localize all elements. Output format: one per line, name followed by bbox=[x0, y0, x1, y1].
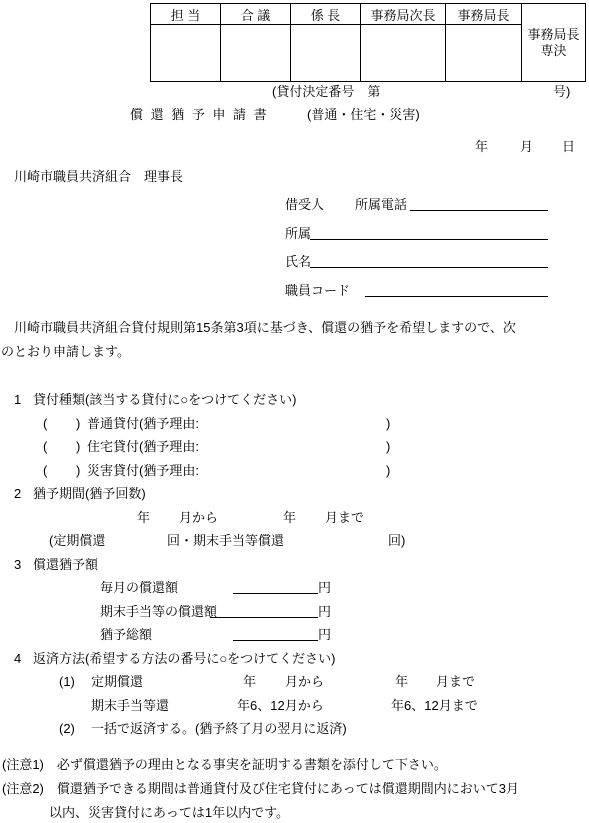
section2-heading-line: 2 猶予期間(猶予回数) bbox=[0, 486, 589, 503]
loan-decision-number-line: (貸付決定番号 第 号) bbox=[0, 84, 589, 101]
amount-fill-line bbox=[233, 627, 318, 641]
note2-text-1: (注意2) 償還猶予できる期間は普通貸付及び住宅貸付にあっては償還期間内において… bbox=[2, 781, 519, 797]
period-month-to-label: 月まで bbox=[325, 510, 364, 526]
amount-unit: 円 bbox=[318, 580, 331, 596]
form-title-sub: (普通・住宅・災害) bbox=[307, 107, 420, 123]
section3-heading-line: 3 償還猶予額 bbox=[0, 557, 589, 574]
amount-label: 毎月の償還額 bbox=[100, 580, 178, 596]
approval-stamp-cell bbox=[361, 25, 446, 82]
option1-number: (1) bbox=[59, 674, 75, 690]
section1-number: 1 bbox=[14, 392, 21, 408]
section4-number: 4 bbox=[14, 651, 21, 667]
note2-text-2: 以内、災害貸付にあっては1年以内です。 bbox=[49, 805, 289, 821]
borrower-label: 借受人 bbox=[285, 197, 324, 213]
senketsu-label-line2: 専決 bbox=[522, 43, 585, 59]
approval-stamp-cell bbox=[446, 25, 522, 82]
approval-header-kakaricho: 係 長 bbox=[291, 4, 361, 25]
option-paren-close: ) bbox=[76, 439, 80, 455]
loan-option-saigai: ( ) 災害貸付(猶予理由: ) bbox=[0, 463, 589, 480]
repayment-option1-row1: (1) 定期償還 年 月から 年 月まで bbox=[0, 674, 589, 691]
statement-text-1: 川崎市職員共済組合貸付規則第15条第3項に基づき、償還の猶予を希望しますので、次 bbox=[1, 320, 516, 336]
option-paren-close: ) bbox=[76, 463, 80, 479]
counts-middle-label: 回・期末手当等償還 bbox=[167, 533, 284, 549]
borrower-phone-line: 借受人 所属電話 bbox=[0, 197, 589, 214]
option1-year-from-label: 年 bbox=[243, 674, 256, 690]
period-year-from-label: 年 bbox=[137, 510, 150, 526]
approval-stamp-table: 担 当 合 議 係 長 事務局次長 事務局長 事務局長 専決 bbox=[150, 3, 586, 82]
repayment-option2-row: (2) 一括で返済する。(猶予終了月の翌月に返済) bbox=[0, 721, 589, 738]
name-fill-line bbox=[310, 254, 548, 268]
approval-header-jimukyoku-jicho: 事務局次長 bbox=[361, 4, 446, 25]
counts-end-label: 回) bbox=[388, 533, 405, 549]
amount-fill-line bbox=[233, 580, 318, 594]
approval-cell-senketsu: 事務局長 専決 bbox=[522, 4, 586, 82]
amount-label: 期末手当等の償還額 bbox=[100, 604, 217, 620]
option1-year-to-label: 年 bbox=[395, 674, 408, 690]
approval-stamp-cell bbox=[221, 25, 291, 82]
approval-header-tantou: 担 当 bbox=[151, 4, 221, 25]
name-line: 氏名 bbox=[0, 254, 589, 271]
option-paren-open: ( bbox=[43, 439, 47, 455]
approval-header-gougi: 合 議 bbox=[221, 4, 291, 25]
department-fill-line bbox=[310, 226, 548, 240]
section4-heading: 返済方法(希望する方法の番号に○をつけてください) bbox=[33, 651, 336, 667]
section1-heading: 貸付種類(該当する貸付に○をつけてください) bbox=[33, 392, 297, 408]
date-line: 年 月 日 bbox=[0, 139, 589, 156]
amount-unit: 円 bbox=[318, 627, 331, 643]
option-label: 災害貸付(猶予理由: bbox=[87, 463, 199, 479]
period-year-to-label: 年 bbox=[283, 510, 296, 526]
deferment-period-line: 年 月から 年 月まで bbox=[0, 510, 589, 527]
department-label: 所属 bbox=[285, 226, 311, 242]
employee-code-fill-line bbox=[365, 283, 548, 297]
note2-line2: 以内、災害貸付にあっては1年以内です。 bbox=[0, 805, 589, 822]
section3-number: 3 bbox=[14, 557, 21, 573]
section4-heading-line: 4 返済方法(希望する方法の番号に○をつけてください) bbox=[0, 651, 589, 668]
period-month-from-label: 月から bbox=[179, 510, 218, 526]
note1-text: (注意1) 必ず償還猶予の理由となる事実を証明する書類を添付して下さい。 bbox=[2, 757, 447, 773]
date-month-label: 月 bbox=[520, 139, 533, 155]
option-paren-end: ) bbox=[386, 439, 390, 455]
senketsu-label-line1: 事務局長 bbox=[522, 27, 585, 43]
phone-fill-line bbox=[410, 197, 548, 211]
statement-text-2: のとおり申請します。 bbox=[1, 344, 130, 360]
note1-line: (注意1) 必ず償還猶予の理由となる事実を証明する書類を添付して下さい。 bbox=[0, 757, 589, 774]
repayment-option1-row2: 期末手当等還 年6、12月から 年6、12月まで bbox=[0, 698, 589, 715]
approval-stamp-cell bbox=[151, 25, 221, 82]
option-paren-end: ) bbox=[386, 463, 390, 479]
employee-code-label: 職員コード bbox=[285, 283, 350, 299]
option-label: 普通貸付(猶予理由: bbox=[87, 416, 199, 432]
loan-decision-number-label: (貸付決定番号 第 bbox=[272, 84, 380, 100]
section1-heading-line: 1 貸付種類(該当する貸付に○をつけてください) bbox=[0, 392, 589, 409]
employee-code-line: 職員コード bbox=[0, 283, 589, 300]
option-paren-open: ( bbox=[43, 416, 47, 432]
section2-heading: 猶予期間(猶予回数) bbox=[33, 486, 146, 502]
section3-heading: 償還猶予額 bbox=[33, 557, 98, 573]
amount-fill-line bbox=[210, 604, 318, 618]
option2-number: (2) bbox=[59, 721, 75, 737]
statement-line2: のとおり申請します。 bbox=[0, 344, 589, 361]
deferment-application-form: 担 当 合 議 係 長 事務局次長 事務局長 事務局長 専決 (貸付決定番号 第… bbox=[0, 0, 589, 823]
approval-stamp-cell bbox=[291, 25, 361, 82]
amount-unit: 円 bbox=[318, 604, 331, 620]
loan-option-futsuu: ( ) 普通貸付(猶予理由: ) bbox=[0, 416, 589, 433]
counts-open-label: (定期償還 bbox=[49, 533, 105, 549]
option1-month-to-label: 月まで bbox=[436, 674, 475, 690]
option-paren-end: ) bbox=[386, 416, 390, 432]
option-paren-open: ( bbox=[43, 463, 47, 479]
option1-bonus-from-label: 年6、12月から bbox=[237, 698, 324, 714]
total-amount-line: 猶予総額 円 bbox=[0, 627, 589, 644]
approval-header-jimukyokucho: 事務局長 bbox=[446, 4, 522, 25]
amount-label: 猶予総額 bbox=[100, 627, 152, 643]
option-paren-close: ) bbox=[76, 416, 80, 432]
option1-bonus-label: 期末手当等還 bbox=[91, 698, 169, 714]
addressee: 川崎市職員共済組合 理事長 bbox=[14, 169, 183, 185]
date-year-label: 年 bbox=[475, 139, 488, 155]
monthly-amount-line: 毎月の償還額 円 bbox=[0, 580, 589, 597]
note2-line1: (注意2) 償還猶予できる期間は普通貸付及び住宅貸付にあっては償還期間内において… bbox=[0, 781, 589, 798]
phone-label: 所属電話 bbox=[355, 197, 407, 213]
department-line: 所属 bbox=[0, 226, 589, 243]
option2-label: 一括で返済する。(猶予終了月の翌月に返済) bbox=[91, 721, 347, 737]
option1-month-from-label: 月から bbox=[285, 674, 324, 690]
option1-bonus-to-label: 年6、12月まで bbox=[391, 698, 478, 714]
option-label: 住宅貸付(猶予理由: bbox=[87, 439, 199, 455]
section2-number: 2 bbox=[14, 486, 21, 502]
statement-line1: 川崎市職員共済組合貸付規則第15条第3項に基づき、償還の猶予を希望しますので、次 bbox=[0, 320, 589, 337]
title-line: 償 還 猶 予 申 請 書 (普通・住宅・災害) bbox=[0, 107, 589, 124]
option1-label: 定期償還 bbox=[91, 674, 143, 690]
form-title: 償 還 猶 予 申 請 書 bbox=[130, 107, 269, 123]
addressee-line: 川崎市職員共済組合 理事長 bbox=[0, 169, 589, 186]
name-label: 氏名 bbox=[285, 254, 311, 270]
loan-option-juutaku: ( ) 住宅貸付(猶予理由: ) bbox=[0, 439, 589, 456]
date-day-label: 日 bbox=[562, 139, 575, 155]
loan-decision-number-suffix: 号) bbox=[553, 84, 570, 100]
deferment-counts-line: (定期償還 回・期末手当等償還 回) bbox=[0, 533, 589, 550]
bonus-amount-line: 期末手当等の償還額 円 bbox=[0, 604, 589, 621]
